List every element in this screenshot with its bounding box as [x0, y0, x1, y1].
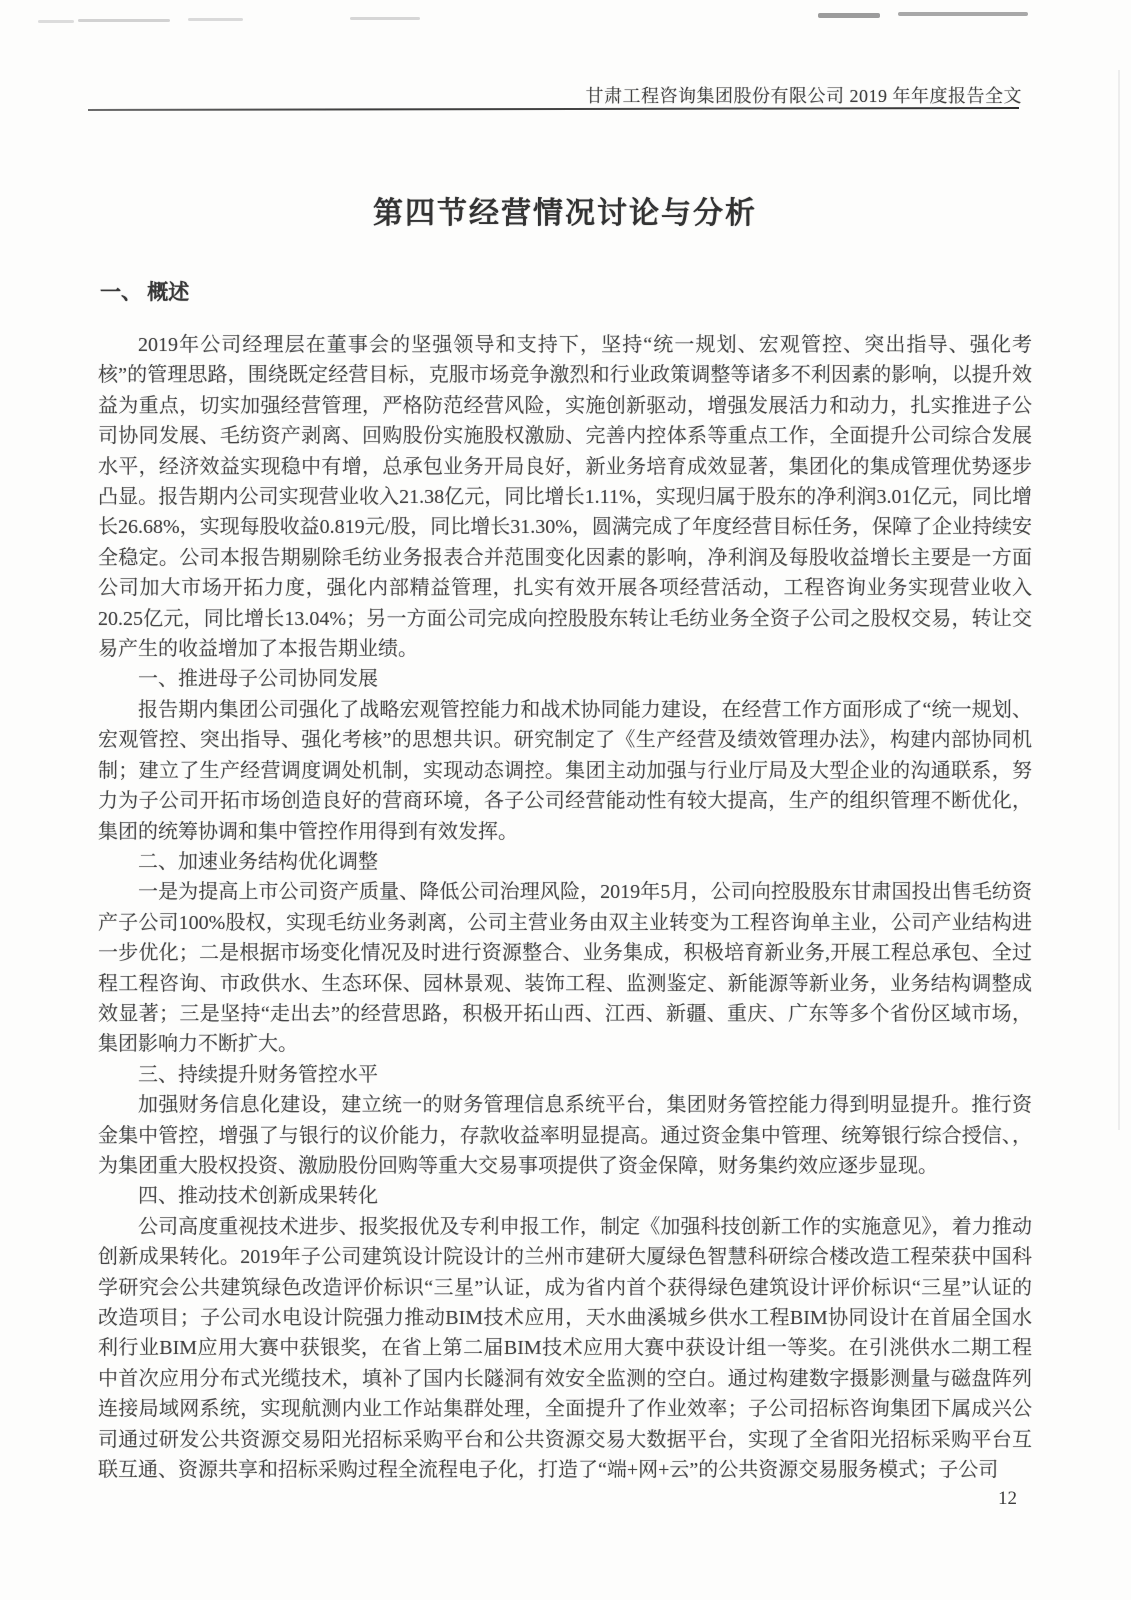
scan-edge-line [1118, 70, 1120, 1130]
paragraph: 加强财务信息化建设，建立统一的财务管理信息系统平台，集团财务管控能力得到明显提升… [98, 1090, 1032, 1181]
scan-smudge [78, 19, 170, 22]
section-heading: 一、 概述 [100, 276, 189, 306]
document-page: 甘肃工程咨询集团股份有限公司 2019 年年度报告全文 第四节经营情况讨论与分析… [0, 0, 1131, 1600]
document-title: 第四节经营情况讨论与分析 [98, 188, 1032, 232]
paragraph: 2019年公司经理层在董事会的坚强领导和支持下，坚持“统一规划、宏观管控、突出指… [98, 330, 1032, 664]
paragraph: 公司高度重视技术进步、报奖报优及专利申报工作，制定《加强科技创新工作的实施意见》… [98, 1212, 1032, 1486]
scan-smudge [898, 12, 1028, 16]
paragraph: 一是为提高上市公司资产质量、降低公司治理风险，2019年5月，公司向控股股东甘肃… [98, 877, 1032, 1059]
page-header-text: 甘肃工程咨询集团股份有限公司 2019 年年度报告全文 [586, 82, 1023, 108]
sub-heading: 一、推进母子公司协同发展 [98, 664, 1032, 694]
document-body: 2019年公司经理层在董事会的坚强领导和支持下，坚持“统一规划、宏观管控、突出指… [98, 330, 1032, 1485]
sub-heading: 二、加速业务结构优化调整 [98, 847, 1032, 877]
paragraph: 报告期内集团公司强化了战略宏观管控能力和战术协同能力建设，在经营工作方面形成了“… [98, 695, 1032, 847]
scan-smudge [38, 20, 74, 23]
page-number: 12 [998, 1488, 1017, 1510]
sub-heading: 三、持续提升财务管控水平 [98, 1060, 1032, 1090]
scan-smudge [350, 17, 420, 20]
header-rule [88, 107, 1019, 111]
scan-smudge [188, 18, 243, 21]
sub-heading: 四、推动技术创新成果转化 [98, 1181, 1032, 1211]
scan-smudge [818, 13, 880, 18]
